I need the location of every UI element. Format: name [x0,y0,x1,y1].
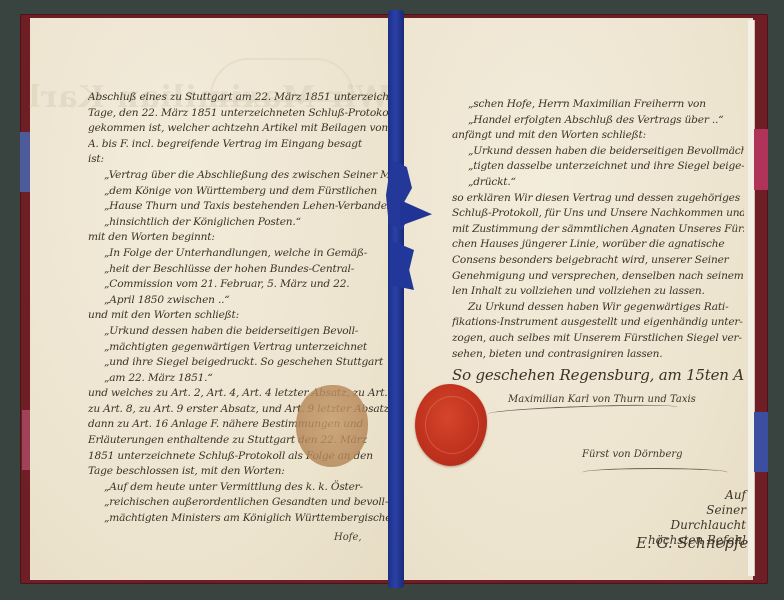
text-line: „mächtigten gegenwärtigen Vertrag unterz… [88,340,388,356]
countersign-line: Auf [636,488,746,503]
text-line: „In Folge der Unterhandlungen, welche in… [88,246,388,262]
text-line: Consens besonders beigebracht wird, unse… [452,253,744,269]
left-blue-tab [20,132,30,192]
wax-stain [296,385,368,467]
text-line: Tage beschlossen ist, mit den Worten: [88,464,388,480]
text-line: „hinsichtlich der Königlichen Posten.“ [88,215,388,231]
text-line: Genehmigung und versprechen, denselben n… [452,269,744,285]
text-line: „und ihre Siegel beigedruckt. So gescheh… [88,355,388,371]
text-line: gekommen ist, welcher achtzehn Artikel m… [88,121,388,137]
seal-rim [425,396,479,454]
text-line: „tigten dasselbe unterzeichnet und ihre … [452,159,744,175]
ribbon-band [388,10,404,588]
sovereign-signature: Maximilian Karl von Thurn und Taxis [508,394,696,405]
text-line: mit den Worten beginnt: [88,230,388,246]
second-signature: Fürst von Dörnberg [582,449,683,460]
right-page-text: „schen Hofe, Herrn Maximilian Freiherrn … [452,97,744,386]
text-line: so erklären Wir diesen Vertrag und desse… [452,191,744,207]
text-line: „April 1850 zwischen ..“ [88,293,388,309]
text-line: Zu Urkund dessen haben Wir gegenwärtiges… [452,300,744,316]
blue-ribbon [386,10,408,588]
page-edge [748,20,755,576]
text-line: „Auf dem heute unter Vermittlung des k. … [88,480,388,496]
text-line: und mit den Worten schließt: [88,308,388,324]
text-line: So geschehen Regensburg, am 15ten April … [452,364,744,386]
text-line: „drückt.“ [452,175,744,191]
signature-flourish [582,468,728,477]
catchword: Hofe, [334,532,362,543]
text-line: ist: [88,152,388,168]
text-line: „Hause Thurn und Taxis bestehenden Lehen… [88,199,388,215]
text-line: „Urkund dessen haben die beiderseitigen … [452,144,744,160]
text-line: anfängt und mit den Worten schließt: [452,128,744,144]
text-line: „dem Könige von Württemberg und dem Fürs… [88,184,388,200]
countersign-line: Seiner Durchlaucht [636,503,746,533]
text-line: zogen, auch selbes mit Unserem Fürstlich… [452,331,744,347]
text-line: Schluß-Protokoll, für Uns und Unsere Nac… [452,206,744,222]
text-line: Abschluß eines zu Stuttgart am 22. März … [88,90,388,106]
text-line: „mächtigten Ministers am Königlich Württ… [88,511,388,527]
text-line: sehen, bieten und contrasigniren lassen. [452,347,744,363]
text-line: „Vertrag über die Abschließung des zwisc… [88,168,388,184]
text-line: fikations-Instrument ausgestellt und eig… [452,315,744,331]
text-line: A. bis F. incl. begreifende Vertrag im E… [88,137,388,153]
text-line: chen Hauses jüngerer Linie, worüber die … [452,237,744,253]
text-line: „schen Hofe, Herrn Maximilian Freiherrn … [452,97,744,113]
text-line: „reichischen außerordentlichen Gesandten… [88,495,388,511]
text-line: „heit der Beschlüsse der hohen Bundes-Ce… [88,262,388,278]
text-line: „Commission vom 21. Februar, 5. März und… [88,277,388,293]
text-line: „Handel erfolgten Abschluß des Vertrags … [452,113,744,129]
text-line: len Inhalt zu vollziehen und vollziehen … [452,284,744,300]
text-line: Tage, den 22. März 1851 unterzeichneten … [88,106,388,122]
right-blue-tab [754,412,768,472]
text-line: „am 22. März 1851.“ [88,371,388,387]
text-line: „Urkund dessen haben die beiderseitigen … [88,324,388,340]
countersign-signature: E. G. Schnepfe [636,534,748,552]
right-pink-tab [754,129,768,190]
text-line: mit Zustimmung der sämmtlichen Agnaten U… [452,222,744,238]
